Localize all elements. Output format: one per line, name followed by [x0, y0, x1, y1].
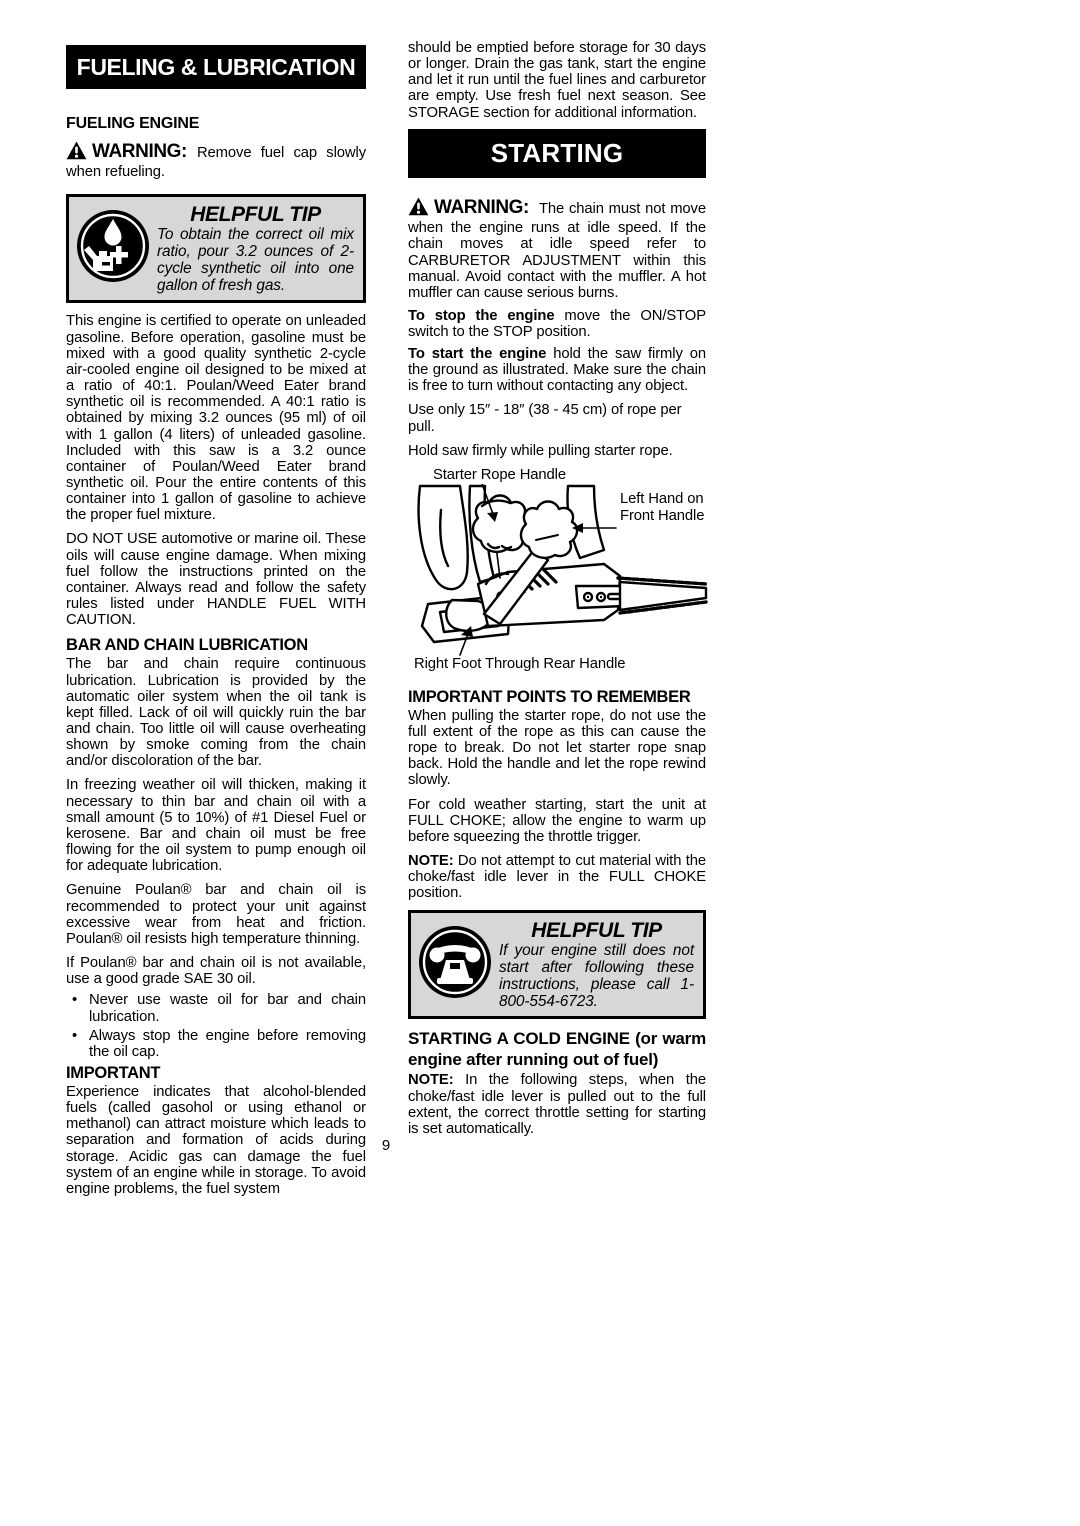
note-following-steps: NOTE: In the following steps, when the c… — [408, 1072, 706, 1137]
helpful-tip-title: HELPFUL TIP — [499, 919, 694, 942]
paragraph-bar-chain-3: Genuine Poulan® bar and chain oil is rec… — [66, 882, 366, 947]
starter-rope-handle-label: Starter Rope Handle — [433, 467, 566, 484]
cold-engine-heading: STARTING A COLD ENGINE (or warm engine a… — [408, 1029, 706, 1070]
note-full-choke: NOTE: Do not attempt to cut material wit… — [408, 853, 706, 901]
warning-label: WARNING: — [92, 141, 187, 162]
warning-triangle-icon — [408, 197, 429, 220]
bullet-item: Always stop the engine before removing t… — [66, 1028, 366, 1060]
helpful-tip-body: To obtain the correct oil mix ratio, pou… — [157, 226, 354, 295]
helpful-tip-body: If your engine still does not start afte… — [499, 942, 694, 1011]
note-label: NOTE: — [408, 1072, 454, 1088]
paragraph-cold-weather: For cold weather starting, start the uni… — [408, 797, 706, 845]
tip-content: HELPFUL TIP To obtain the correct oil mi… — [157, 203, 354, 295]
note-text: In the following steps, when the choke/f… — [408, 1072, 706, 1136]
start-engine-paragraph: To start the engine hold the saw firmly … — [408, 346, 706, 394]
stop-engine-lead: To stop the engine — [408, 308, 554, 324]
fueling-warning-paragraph: WARNING:Remove fuel cap slowly when refu… — [66, 141, 366, 181]
note-label: NOTE: — [408, 853, 454, 869]
paragraph-bar-chain-1: The bar and chain require continuous lub… — [66, 656, 366, 769]
paragraph-do-not-use: DO NOT USE automotive or marine oil. The… — [66, 531, 366, 628]
paragraph-storage-continuation: should be emptied before storage for 30 … — [408, 40, 706, 121]
rope-length-note: Use only 15″ - 18″ (38 - 45 cm) of rope … — [408, 402, 706, 434]
starting-warning-paragraph: WARNING:The chain must not move when the… — [408, 197, 706, 302]
left-column: FUELING & LUBRICATION FUELING ENGINE WAR… — [66, 45, 366, 1205]
right-foot-label: Right Foot Through Rear Handle — [414, 656, 625, 673]
helpful-tip-box-phone: HELPFUL TIP If your engine still does no… — [408, 910, 706, 1020]
chainsaw-drawing — [408, 484, 708, 656]
bar-chain-heading: BAR AND CHAIN LUBRICATION — [66, 636, 366, 655]
manual-page: FUELING & LUBRICATION FUELING ENGINE WAR… — [0, 0, 1080, 1526]
paragraph-starter-rope: When pulling the starter rope, do not us… — [408, 708, 706, 789]
note-text: Do not attempt to cut material with the … — [408, 853, 706, 901]
bullet-item: Never use waste oil for bar and chain lu… — [66, 992, 366, 1024]
important-heading: IMPORTANT — [66, 1064, 366, 1083]
page-number: 9 — [66, 1137, 706, 1154]
paragraph-bar-chain-2: In freezing weather oil will thicken, ma… — [66, 777, 366, 874]
important-points-heading: IMPORTANT POINTS TO REMEMBER — [408, 688, 706, 707]
banner-title: FUELING & LUBRICATION — [77, 54, 356, 80]
section-banner-starting: STARTING — [408, 129, 706, 178]
helpful-tip-box-oil: HELPFUL TIP To obtain the correct oil mi… — [66, 194, 366, 304]
stop-engine-paragraph: To stop the engine move the ON/STOP swit… — [408, 308, 706, 340]
warning-label: WARNING: — [434, 197, 529, 218]
start-engine-lead: To start the engine — [408, 346, 546, 362]
starting-position-illustration: Starter Rope Handle Left Hand on Front H… — [408, 467, 706, 679]
oil-mix-icon — [75, 208, 151, 289]
hold-saw-note: Hold saw firmly while pulling starter ro… — [408, 443, 706, 459]
section-banner-fueling-lubrication: FUELING & LUBRICATION — [66, 45, 366, 89]
warning-triangle-icon — [66, 141, 87, 164]
tip-content: HELPFUL TIP If your engine still does no… — [499, 919, 694, 1011]
helpful-tip-title: HELPFUL TIP — [157, 203, 354, 226]
paragraph-bar-chain-4: If Poulan® bar and chain oil is not avai… — [66, 955, 366, 987]
paragraph-engine-certified: This engine is certified to operate on u… — [66, 313, 366, 523]
fueling-engine-heading: FUELING ENGINE — [66, 115, 366, 133]
telephone-icon — [417, 924, 493, 1005]
right-column: should be emptied before storage for 30 … — [408, 40, 706, 1145]
banner-title: STARTING — [491, 138, 624, 168]
